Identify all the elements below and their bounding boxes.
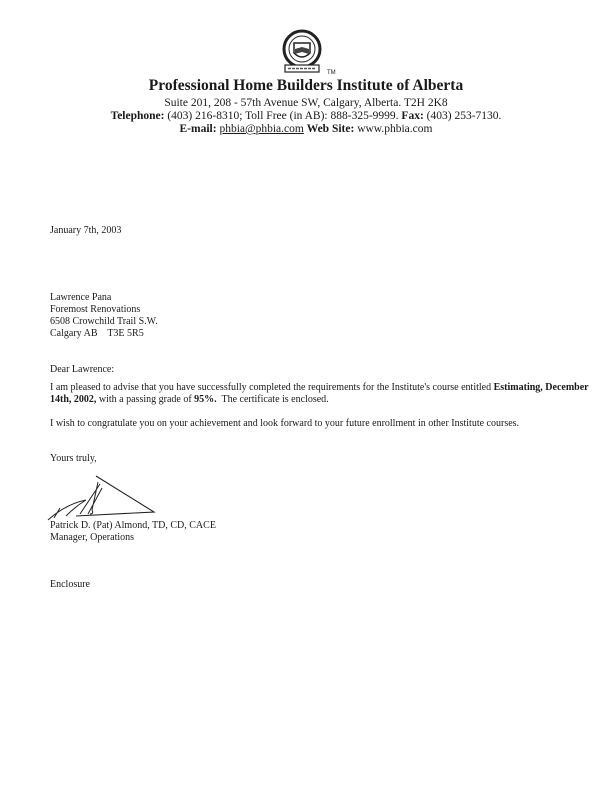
enclosure-note: Enclosure — [50, 579, 90, 591]
website-value: www.phbia.com — [357, 123, 432, 135]
email-link[interactable]: phbia@phbia.com — [219, 123, 303, 135]
paragraph-text: with a passing grade of — [96, 394, 194, 405]
recipient-name: Lawrence Pana — [50, 292, 158, 304]
body-paragraph-2: I wish to congratulate you on your achie… — [50, 418, 519, 430]
salutation: Dear Lawrence: — [50, 364, 114, 376]
passing-grade: 95%. — [194, 394, 217, 405]
closing: Yours truly, — [50, 453, 97, 465]
contact-phone-line: Telephone: (403) 216-8310; Toll Free (in… — [0, 110, 612, 122]
telephone-label: Telephone: — [111, 110, 165, 122]
signer-title: Manager, Operations — [50, 532, 216, 544]
fax-value: (403) 253-7130. — [427, 110, 502, 122]
telephone-value: (403) 216-8310; Toll Free (in AB): 888-3… — [167, 110, 398, 122]
recipient-address: Lawrence Pana Foremost Renovations 6508 … — [50, 292, 158, 340]
website-label: Web Site: — [307, 123, 355, 135]
handwritten-signature-icon — [46, 474, 158, 522]
email-label: E-mail: — [180, 123, 217, 135]
letter-date: January 7th, 2003 — [50, 225, 121, 237]
signer-block: Patrick D. (Pat) Almond, TD, CD, CACE Ma… — [50, 520, 216, 544]
recipient-city: Calgary AB T3E 5R5 — [50, 328, 158, 340]
trademark-mark: TM — [327, 70, 336, 76]
organization-address: Suite 201, 208 - 57th Avenue SW, Calgary… — [0, 97, 612, 109]
recipient-company: Foremost Renovations — [50, 304, 158, 316]
contact-web-line: E-mail: phbia@phbia.com Web Site: www.ph… — [0, 123, 612, 135]
body-paragraph-1: I am pleased to advise that you have suc… — [50, 382, 590, 406]
organization-name: Professional Home Builders Institute of … — [0, 77, 612, 95]
recipient-street: 6508 Crowchild Trail S.W. — [50, 316, 158, 328]
fax-label: Fax: — [401, 110, 423, 122]
paragraph-text: The certificate is enclosed. — [217, 394, 329, 405]
signer-name: Patrick D. (Pat) Almond, TD, CD, CACE — [50, 520, 216, 532]
institute-crest-logo-icon — [277, 29, 327, 77]
paragraph-text: I am pleased to advise that you have suc… — [50, 382, 494, 393]
